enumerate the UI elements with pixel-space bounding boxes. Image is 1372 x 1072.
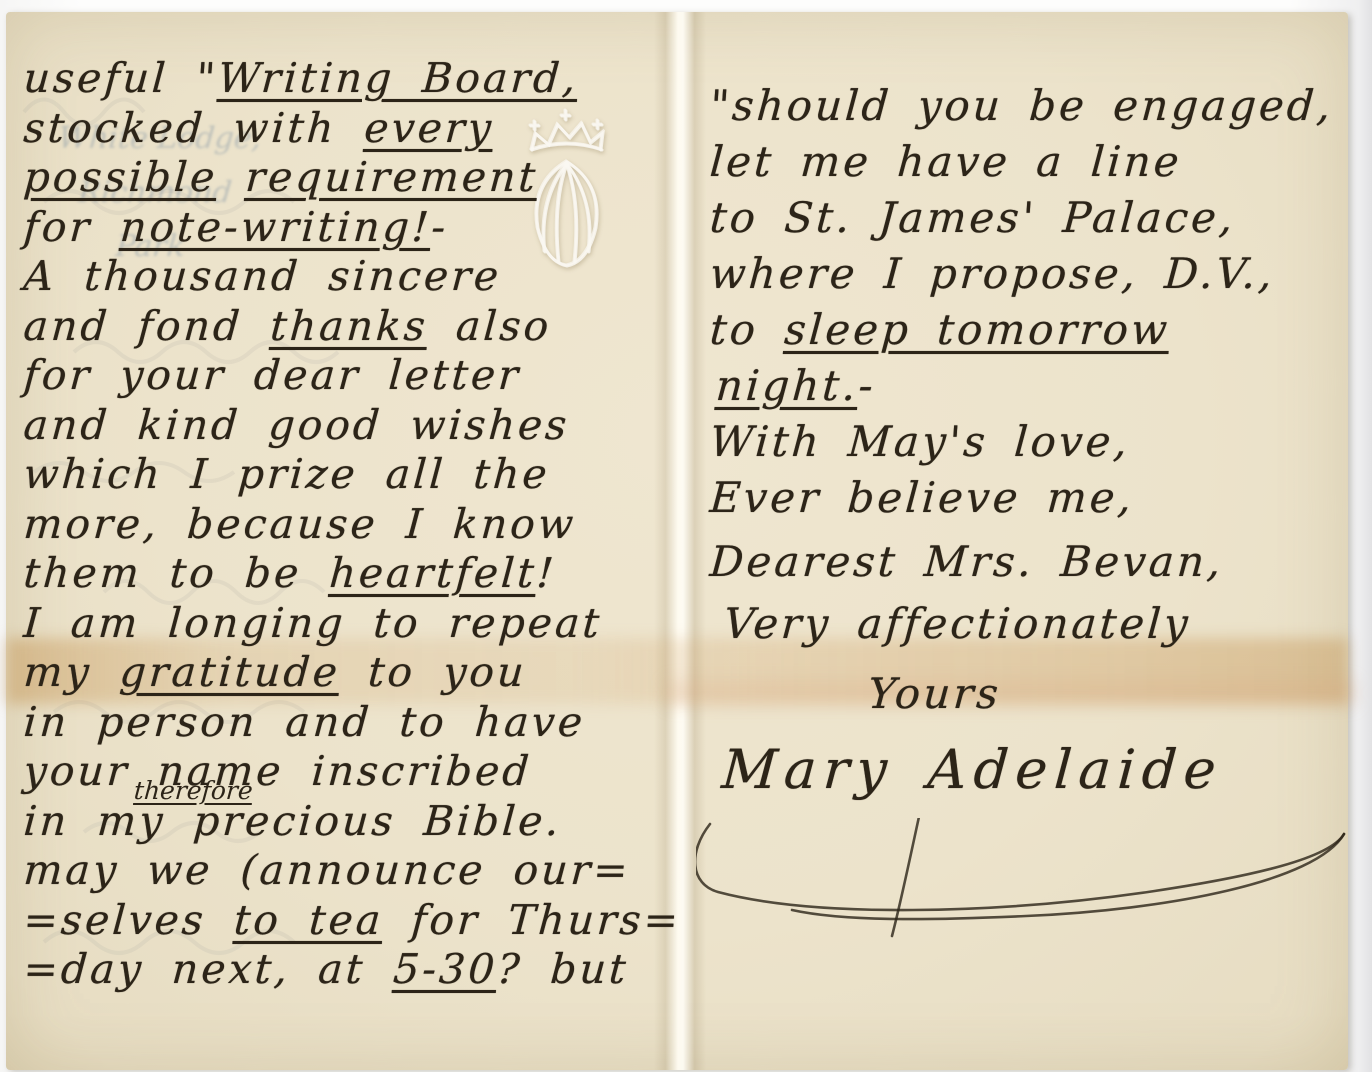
manuscript-line: them to be heartfelt! bbox=[22, 549, 685, 599]
signature-flourish bbox=[696, 818, 1356, 968]
manuscript-line: Ever believe me, bbox=[708, 470, 1360, 526]
manuscript-line: to St. James' Palace, bbox=[708, 190, 1360, 246]
manuscript-line: Very affectionately bbox=[722, 596, 1360, 652]
left-page-manuscript: useful "Writing Board,stocked with every… bbox=[22, 54, 682, 995]
manuscript-line: Mary Adelaide bbox=[720, 742, 1360, 798]
manuscript-line: Yours bbox=[866, 666, 1360, 722]
manuscript-line: A thousand sincere bbox=[22, 252, 685, 302]
manuscript-line: for your dear letter bbox=[22, 351, 685, 401]
manuscript-line: in person and to have bbox=[22, 698, 685, 748]
manuscript-line: stocked with every bbox=[22, 104, 685, 154]
manuscript-line: where I propose, D.V., bbox=[708, 246, 1360, 302]
manuscript-line: more, because I know bbox=[22, 500, 685, 550]
manuscript-line: Dearest Mrs. Bevan, bbox=[708, 534, 1360, 590]
photo-background: White Lodge, Richmond Park useful "Writi… bbox=[0, 0, 1372, 1072]
letter-spread: White Lodge, Richmond Park useful "Writi… bbox=[6, 12, 1348, 1070]
manuscript-line: and fond thanks also bbox=[22, 302, 685, 352]
right-page-manuscript: "should you be engaged,let me have a lin… bbox=[708, 78, 1356, 798]
manuscript-line: to sleep tomorrow bbox=[708, 302, 1360, 358]
manuscript-line: which I prize all the bbox=[22, 450, 685, 500]
manuscript-line: let me have a line bbox=[708, 134, 1360, 190]
manuscript-line: useful "Writing Board, bbox=[22, 54, 685, 104]
manuscript-line: =day next, at 5-30? but bbox=[22, 945, 685, 995]
manuscript-line: =selves to tea for Thurs= bbox=[22, 896, 685, 946]
manuscript-line: night.- bbox=[714, 358, 1360, 414]
manuscript-line: may we (announce our= bbox=[22, 846, 685, 896]
manuscript-line: and kind good wishes bbox=[22, 401, 685, 451]
manuscript-line: I am longing to repeat bbox=[22, 599, 685, 649]
manuscript-line: "should you be engaged, bbox=[708, 78, 1360, 134]
manuscript-line: possible requirement bbox=[22, 153, 685, 203]
manuscript-line: my gratitude to you bbox=[22, 648, 685, 698]
manuscript-line: With May's love, bbox=[708, 414, 1360, 470]
manuscript-line: your name inscribed bbox=[22, 747, 685, 797]
interlined-insertion: therefore bbox=[133, 776, 254, 805]
manuscript-line: in my precious Bible. bbox=[22, 797, 685, 847]
manuscript-line: for note-writing!- bbox=[22, 203, 685, 253]
